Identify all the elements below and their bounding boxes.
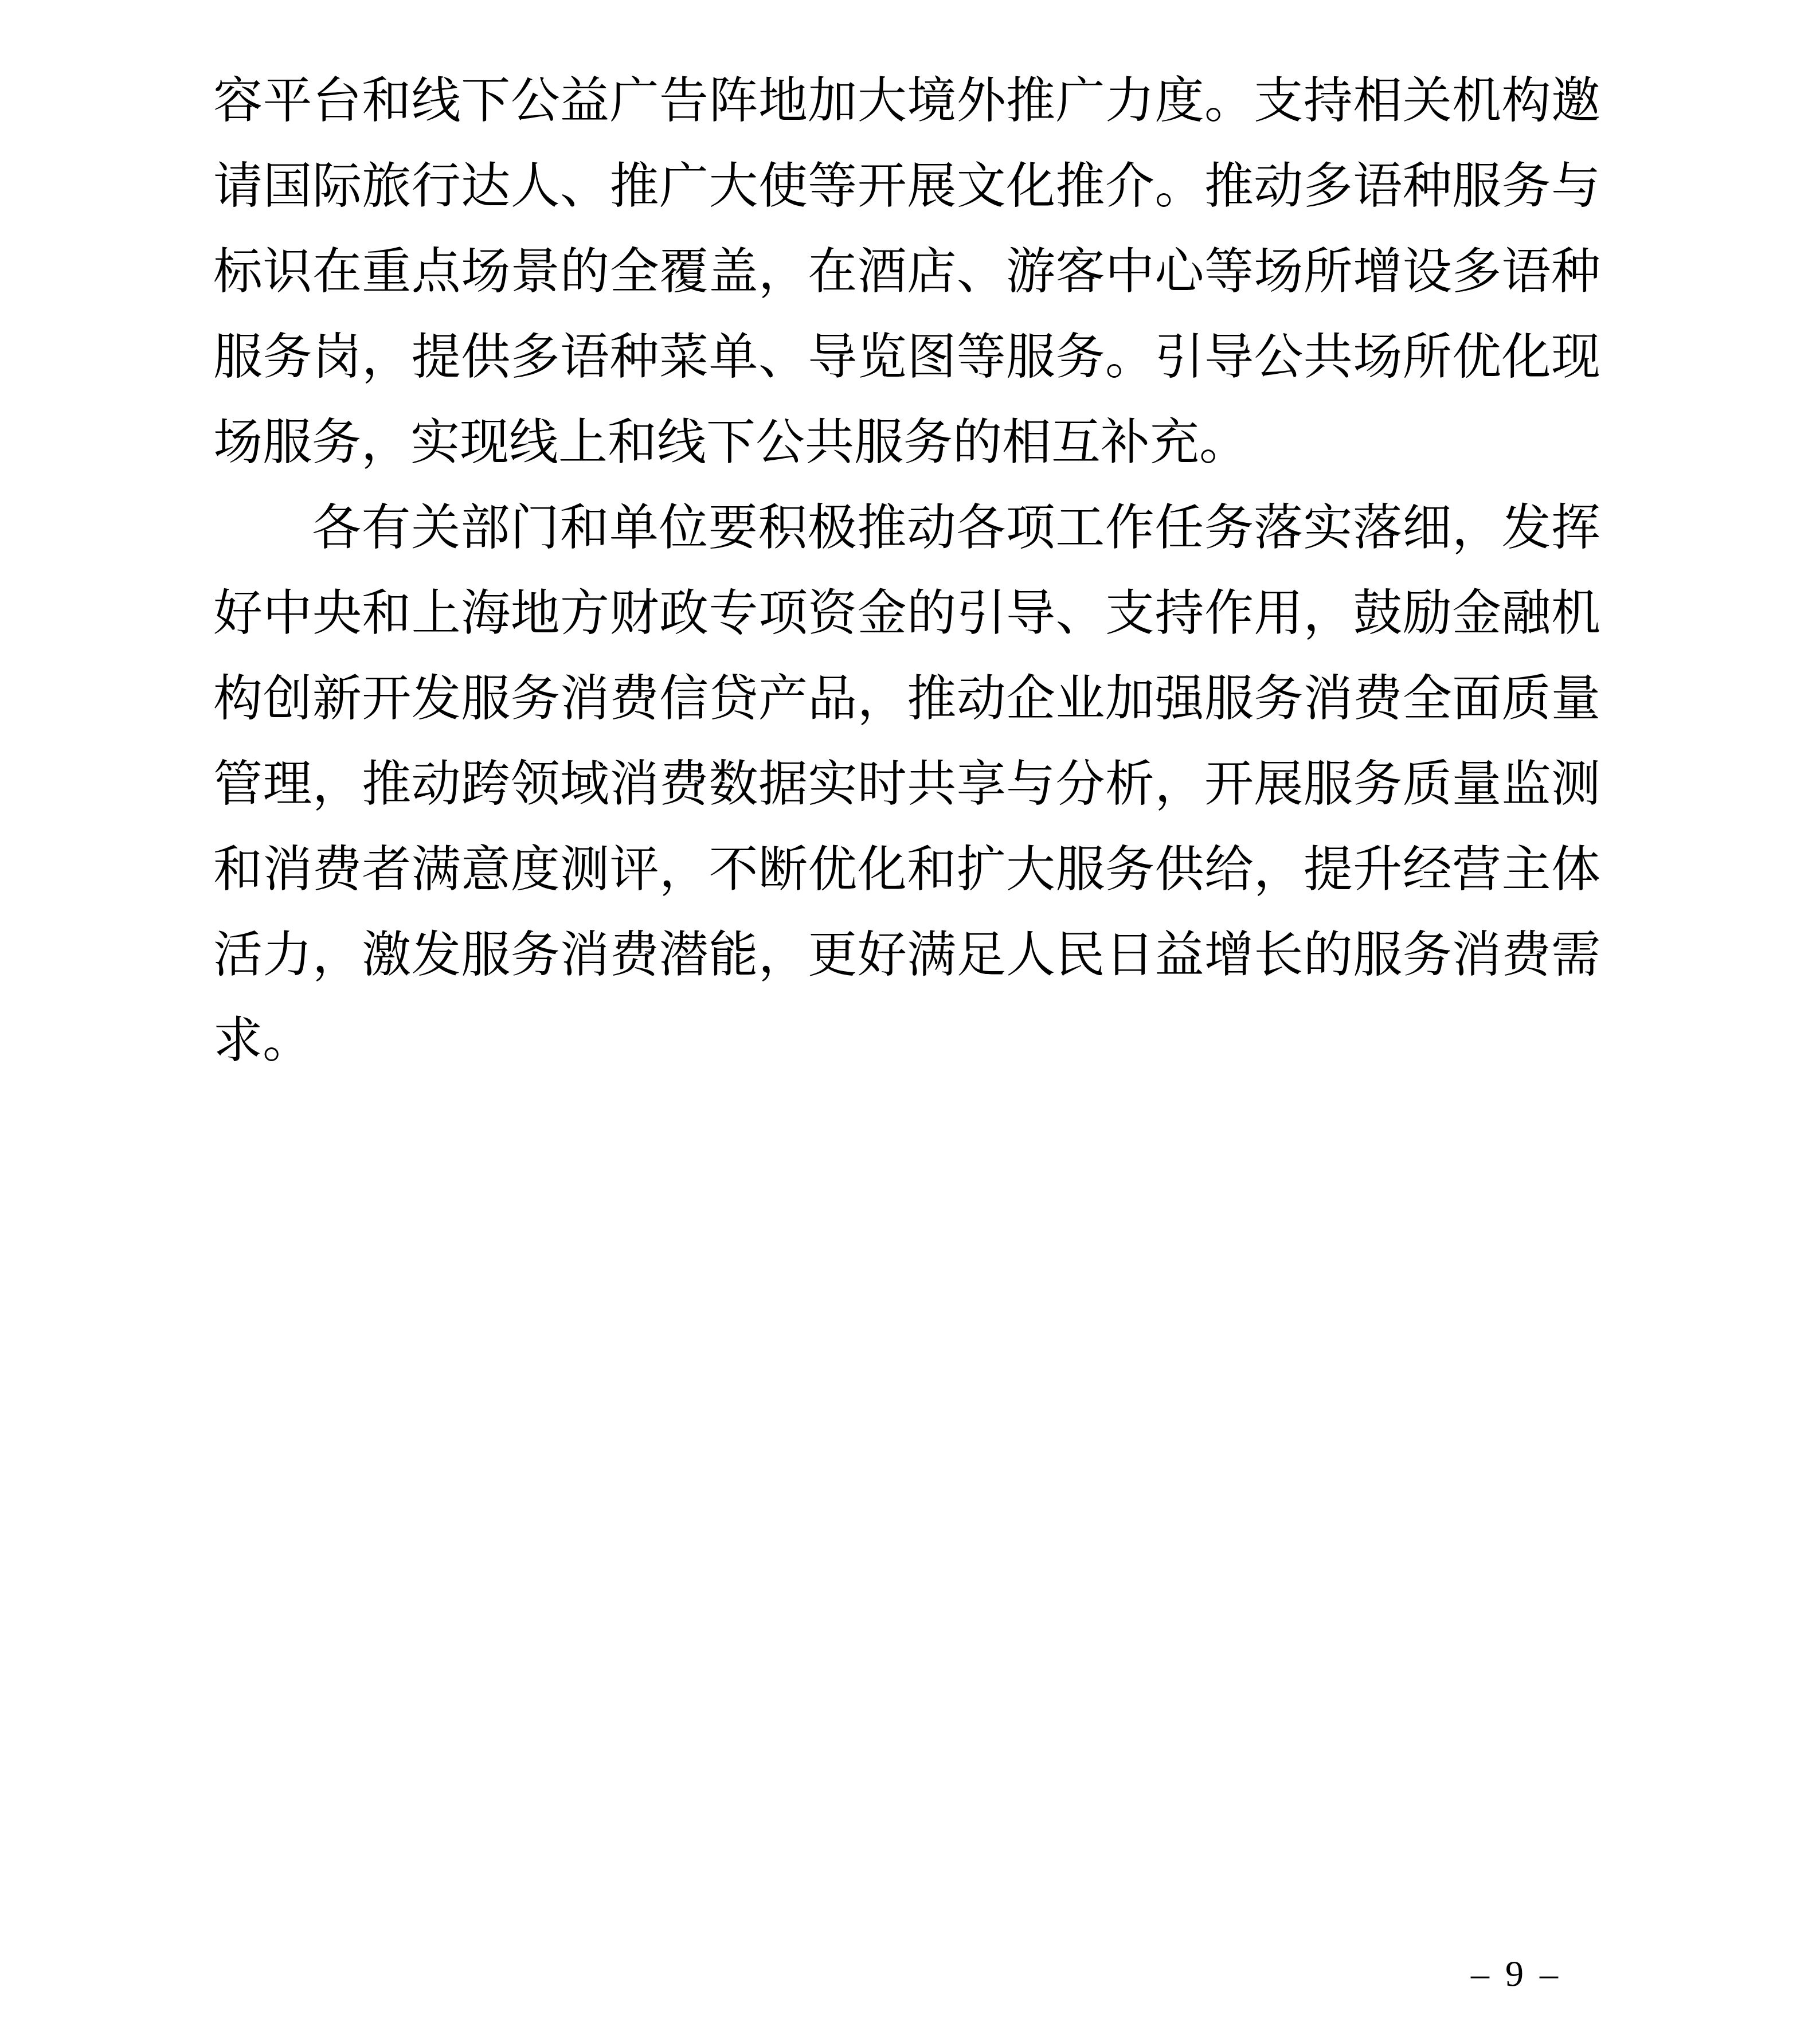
- document-page: 容平台和线下公益广告阵地加大境外推广力度。支持相关机构邀请国际旅行达人、推广大使…: [0, 0, 1820, 2038]
- text-line: 活力，激发服务消费潜能，更好满足人民日益增长的服务消费需: [213, 913, 1600, 998]
- text-line: 场服务，实现线上和线下公共服务的相互补充。: [213, 400, 1600, 486]
- text-line: 求。: [213, 998, 1600, 1083]
- text-line: 服务岗，提供多语种菜单、导览图等服务。引导公共场所优化现: [213, 315, 1600, 400]
- text-line: 和消费者满意度测评，不断优化和扩大服务供给，提升经营主体: [213, 827, 1600, 913]
- text-line: 好中央和上海地方财政专项资金的引导、支持作用，鼓励金融机: [213, 571, 1600, 656]
- text-line: 标识在重点场景的全覆盖，在酒店、游客中心等场所增设多语种: [213, 229, 1600, 315]
- page-number: – 9 –: [1471, 1948, 1561, 2000]
- text-line: 管理，推动跨领域消费数据实时共享与分析，开展服务质量监测: [213, 742, 1600, 827]
- text-line: 各有关部门和单位要积极推动各项工作任务落实落细，发挥: [213, 486, 1600, 571]
- document-text-block: 容平台和线下公益广告阵地加大境外推广力度。支持相关机构邀请国际旅行达人、推广大使…: [213, 58, 1600, 1083]
- text-line: 请国际旅行达人、推广大使等开展文化推介。推动多语种服务与: [213, 144, 1600, 229]
- text-line: 构创新开发服务消费信贷产品，推动企业加强服务消费全面质量: [213, 656, 1600, 742]
- text-line: 容平台和线下公益广告阵地加大境外推广力度。支持相关机构邀: [213, 58, 1600, 144]
